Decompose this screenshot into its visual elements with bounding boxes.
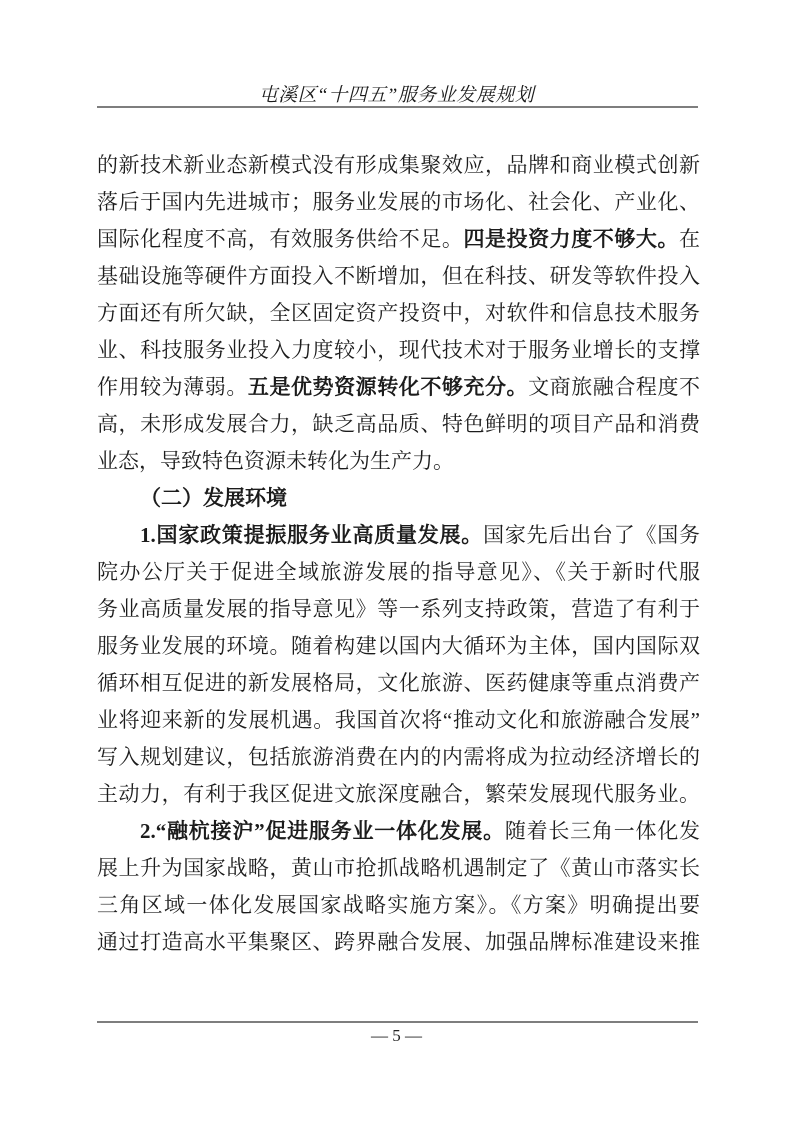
text-line: 主动力，有利于我区促进文旅深度融合，繁荣发展现代服务业。 [97,776,700,813]
text-line: 写入规划建议，包括旅游消费在内的内需将成为拉动经济增长的 [97,739,700,776]
text-segment: 国际化程度不高，有效服务供给不足。 [97,227,463,251]
text-segment: 展上升为国家战略，黄山市抢抓战略机遇制定了《黄山市落实长 [97,856,700,880]
bold-text-segment: 五是优势资源转化不够充分。 [248,375,528,399]
text-line: 服务业发展的环境。随着构建以国内大循环为主体，国内国际双 [97,628,700,665]
text-segment: 高，未形成发展合力，缺乏高品质、特色鲜明的项目产品和消费 [97,412,700,436]
text-line: 落后于国内先进城市；服务业发展的市场化、社会化、产业化、 [97,184,700,221]
text-line: （二）发展环境 [97,480,700,517]
text-segment: 落后于国内先进城市；服务业发展的市场化、社会化、产业化、 [97,190,700,214]
text-segment: 业、科技服务业投入力度较小，现代技术对于服务业增长的支撑 [97,338,700,362]
text-line: 务业高质量发展的指导意见》等一系列支持政策，营造了有利于 [97,591,700,628]
bold-text-segment: 四是投资力度不够大。 [463,227,679,251]
text-line: 方面还有所欠缺，全区固定资产投资中，对软件和信息技术服务 [97,295,700,332]
text-segment: 院办公厅关于促进全域旅游发展的指导意见》、《关于新时代服 [97,560,700,584]
text-segment: 国家先后出台了《国务 [483,523,700,547]
text-segment: 服务业发展的环境。随着构建以国内大循环为主体，国内国际双 [97,634,700,658]
text-segment: 文商旅融合程度不 [528,375,700,399]
text-segment: 三角区域一体化发展国家战略实施方案》。《方案》明确提出要 [97,893,700,917]
text-segment: 务业高质量发展的指导意见》等一系列支持政策，营造了有利于 [97,597,700,621]
bold-text-segment: 2.“融杭接沪”促进服务业一体化发展。 [140,819,505,843]
text-line: 业、科技服务业投入力度较小，现代技术对于服务业增长的支撑 [97,332,700,369]
text-line: 三角区域一体化发展国家战略实施方案》。《方案》明确提出要 [97,887,700,924]
text-line: 业将迎来新的发展机遇。我国首次将“推动文化和旅游融合发展” [97,702,700,739]
text-segment: 在 [679,227,700,251]
bold-text-segment: 1.国家政策提振服务业高质量发展。 [140,523,483,547]
text-line: 的新技术新业态新模式没有形成集聚效应，品牌和商业模式创新 [97,147,700,184]
text-line: 1.国家政策提振服务业高质量发展。国家先后出台了《国务 [97,517,700,554]
page-number: — 5 — [0,1026,793,1046]
text-line: 业态，导致特色资源未转化为生产力。 [97,443,700,480]
text-segment: 业态，导致特色资源未转化为生产力。 [97,449,454,473]
text-line: 基础设施等硬件方面投入不断增加，但在科技、研发等软件投入 [97,258,700,295]
bold-text-segment: （二）发展环境 [140,486,287,510]
text-segment: 业将迎来新的发展机遇。我国首次将“推动文化和旅游融合发展” [97,708,700,732]
text-line: 院办公厅关于促进全域旅游发展的指导意见》、《关于新时代服 [97,554,700,591]
text-segment: 基础设施等硬件方面投入不断增加，但在科技、研发等软件投入 [97,264,700,288]
text-segment: 循环相互促进的新发展格局，文化旅游、医药健康等重点消费产 [97,671,700,695]
text-line: 2.“融杭接沪”促进服务业一体化发展。随着长三角一体化发 [97,813,700,850]
text-segment: 写入规划建议，包括旅游消费在内的内需将成为拉动经济增长的 [97,745,700,769]
text-segment: 通过打造高水平集聚区、跨界融合发展、加强品牌标准建设来推 [97,930,700,954]
text-segment: 主动力，有利于我区促进文旅深度融合，繁荣发展现代服务业。 [97,782,700,806]
text-segment: 方面还有所欠缺，全区固定资产投资中，对软件和信息技术服务 [97,301,700,325]
text-line: 循环相互促进的新发展格局，文化旅游、医药健康等重点消费产 [97,665,700,702]
document-page: 屯溪区“十四五”服务业发展规划 的新技术新业态新模式没有形成集聚效应，品牌和商业… [0,0,793,1122]
text-line: 高，未形成发展合力，缺乏高品质、特色鲜明的项目产品和消费 [97,406,700,443]
footer-rule [97,1021,698,1023]
header-rule [97,106,698,108]
text-segment: 作用较为薄弱。 [97,375,248,399]
text-line: 作用较为薄弱。五是优势资源转化不够充分。文商旅融合程度不 [97,369,700,406]
text-line: 展上升为国家战略，黄山市抢抓战略机遇制定了《黄山市落实长 [97,850,700,887]
text-segment: 随着长三角一体化发 [505,819,700,843]
text-line: 通过打造高水平集聚区、跨界融合发展、加强品牌标准建设来推 [97,924,700,961]
header-title: 屯溪区“十四五”服务业发展规划 [0,80,793,107]
text-line: 国际化程度不高，有效服务供给不足。四是投资力度不够大。在 [97,221,700,258]
text-segment: 的新技术新业态新模式没有形成集聚效应，品牌和商业模式创新 [97,153,700,177]
document-body: 的新技术新业态新模式没有形成集聚效应，品牌和商业模式创新落后于国内先进城市；服务… [97,147,700,961]
